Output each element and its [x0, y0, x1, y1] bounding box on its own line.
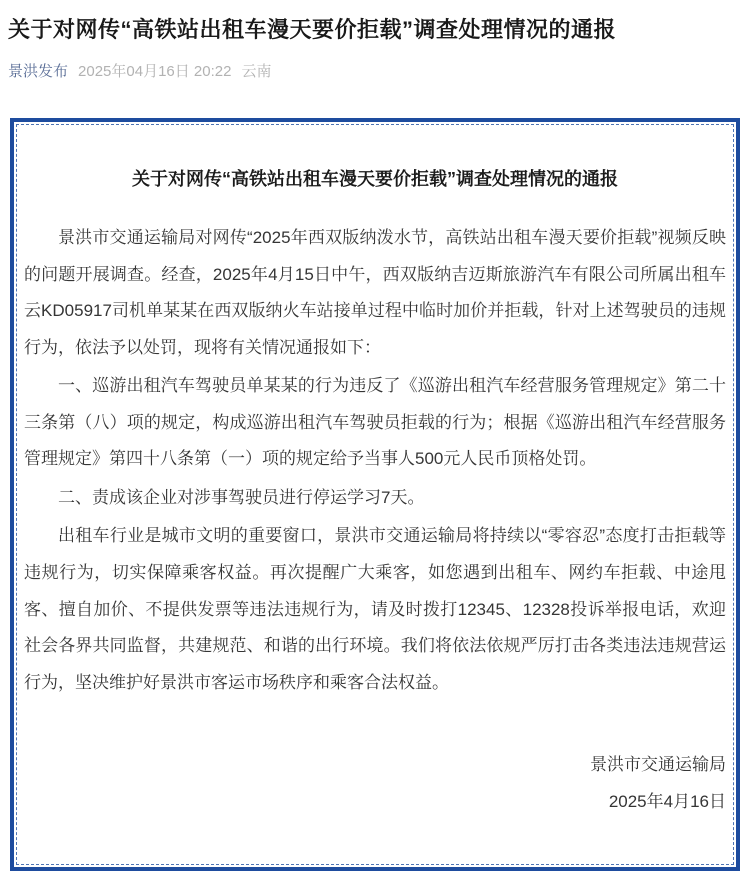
account-name-link[interactable]: 景洪发布 — [8, 61, 68, 82]
article-header: 关于对网传“高铁站出租车漫天要价拒载”调查处理情况的通报 景洪发布 2025年0… — [0, 0, 750, 82]
notice-paragraph-4: 出租车行业是城市文明的重要窗口，景洪市交通运输局将持续以“零容忍”态度打击拒载等… — [24, 518, 726, 701]
notice-title: 关于对网传“高铁站出租车漫天要价拒载”调查处理情况的通报 — [24, 167, 726, 192]
publish-location: 云南 — [241, 61, 271, 82]
notice-box: 关于对网传“高铁站出租车漫天要价拒载”调查处理情况的通报 景洪市交通运输局对网传… — [10, 118, 740, 871]
article-meta: 景洪发布 2025年04月16日 20:22 云南 — [8, 61, 742, 82]
notice-paragraph-2: 一、巡游出租汽车驾驶员单某某的行为违反了《巡游出租汽车经营服务管理规定》第二十三… — [24, 368, 726, 478]
signature-organization: 景洪市交通运输局 — [24, 747, 726, 784]
notice-paragraph-1: 景洪市交通运输局对网传“2025年西双版纳泼水节，高铁站出租车漫天要价拒载”视频… — [24, 220, 726, 366]
notice-body: 景洪市交通运输局对网传“2025年西双版纳泼水节，高铁站出租车漫天要价拒载”视频… — [24, 220, 726, 820]
publish-datetime: 2025年04月16日 20:22 — [78, 61, 231, 82]
signature-date: 2025年4月16日 — [24, 784, 726, 821]
article-page: 关于对网传“高铁站出租车漫天要价拒载”调查处理情况的通报 景洪发布 2025年0… — [0, 0, 750, 871]
page-title: 关于对网传“高铁站出租车漫天要价拒载”调查处理情况的通报 — [8, 14, 742, 46]
notice-inner-frame: 关于对网传“高铁站出租车漫天要价拒载”调查处理情况的通报 景洪市交通运输局对网传… — [16, 124, 734, 865]
notice-paragraph-3: 二、责成该企业对涉事驾驶员进行停运学习7天。 — [24, 480, 726, 517]
